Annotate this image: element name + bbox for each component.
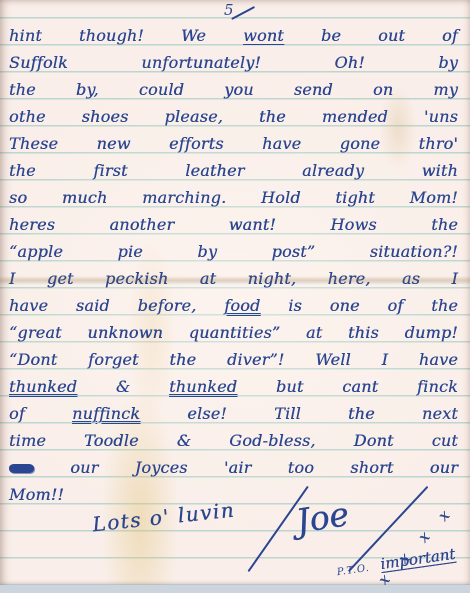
letter-text: &: [77, 377, 169, 396]
letter-line: have said before, food is one of the: [0, 288, 470, 315]
letter-line: so much marching. Hold tight Mom!: [0, 180, 470, 207]
letter-text: else! Till the next: [140, 404, 458, 423]
letter-text: time Toodle & God-bless, Dont cut: [9, 431, 458, 450]
letter-text: of: [9, 404, 72, 423]
letter-line: of nuffinck else! Till the next: [0, 396, 470, 423]
letter-text: hint though! We: [9, 26, 243, 45]
letter-line: thunked & thunked but cant finck: [0, 369, 470, 396]
letter-line: othe shoes please, the mended 'uns: [0, 99, 470, 126]
letter-text: our Joyces 'air too short our: [34, 458, 458, 477]
letter-line: time Toodle & God-bless, Dont cut: [0, 423, 470, 450]
letter-text: have said before,: [9, 296, 224, 315]
letter-text: nuffinck: [72, 404, 140, 423]
letter-text: so much marching. Hold tight Mom!: [9, 188, 458, 207]
scanner-background-strip: [0, 585, 470, 593]
letter-text: thunked: [169, 377, 237, 396]
letter-text: These new efforts have gone thro': [9, 134, 458, 153]
letter-text: be out of: [284, 26, 458, 45]
letter-line: These new efforts have gone thro': [0, 126, 470, 153]
letter-text: food: [224, 296, 260, 315]
letter-text: othe shoes please, the mended 'uns: [9, 107, 458, 126]
letter-text: wont: [243, 26, 284, 45]
letter-text: Suffolk unfortunately! Oh! by: [9, 53, 458, 72]
letter-text: thunked: [9, 377, 77, 396]
letter-text: but cant finck: [237, 377, 458, 396]
pto-word: important: [379, 545, 456, 573]
letter-line: Suffolk unfortunately! Oh! by: [0, 45, 470, 72]
signature-name: Joe: [293, 494, 351, 541]
letter-line: our Joyces 'air too short our: [0, 450, 470, 477]
letter-text: is one of the: [260, 296, 458, 315]
letter-line: the first leather already with: [0, 153, 470, 180]
letter-text: Mom!!: [9, 485, 64, 504]
letter-line: the by, could you send on my: [0, 72, 470, 99]
pto-abbreviation: P.T.O.: [337, 563, 371, 578]
letter-line: “great unknown quantities” at this dump!: [0, 315, 470, 342]
letter-text: “Dont forget the diver”! Well I have: [9, 350, 458, 369]
fold-crease: [0, 276, 470, 285]
letter-line: “apple pie by post” situation?!: [0, 234, 470, 261]
letter-text: the first leather already with: [9, 161, 458, 180]
letter-line: Mom!!: [0, 477, 470, 504]
letter-page: 5 hint though! We wont be out ofSuffolk …: [0, 0, 470, 593]
letter-line: hint though! We wont be out of: [0, 18, 470, 45]
letter-text: “apple pie by post” situation?!: [9, 242, 458, 261]
letter-line: heres another want! Hows the: [0, 207, 470, 234]
letter-body: hint though! We wont be out ofSuffolk un…: [0, 18, 470, 504]
letter-text: heres another want! Hows the: [9, 215, 458, 234]
letter-text: “great unknown quantities” at this dump!: [9, 323, 458, 342]
letter-line: “Dont forget the diver”! Well I have: [0, 342, 470, 369]
letter-text: the by, could you send on my: [9, 80, 458, 99]
scribbled-out-word: [9, 464, 34, 473]
